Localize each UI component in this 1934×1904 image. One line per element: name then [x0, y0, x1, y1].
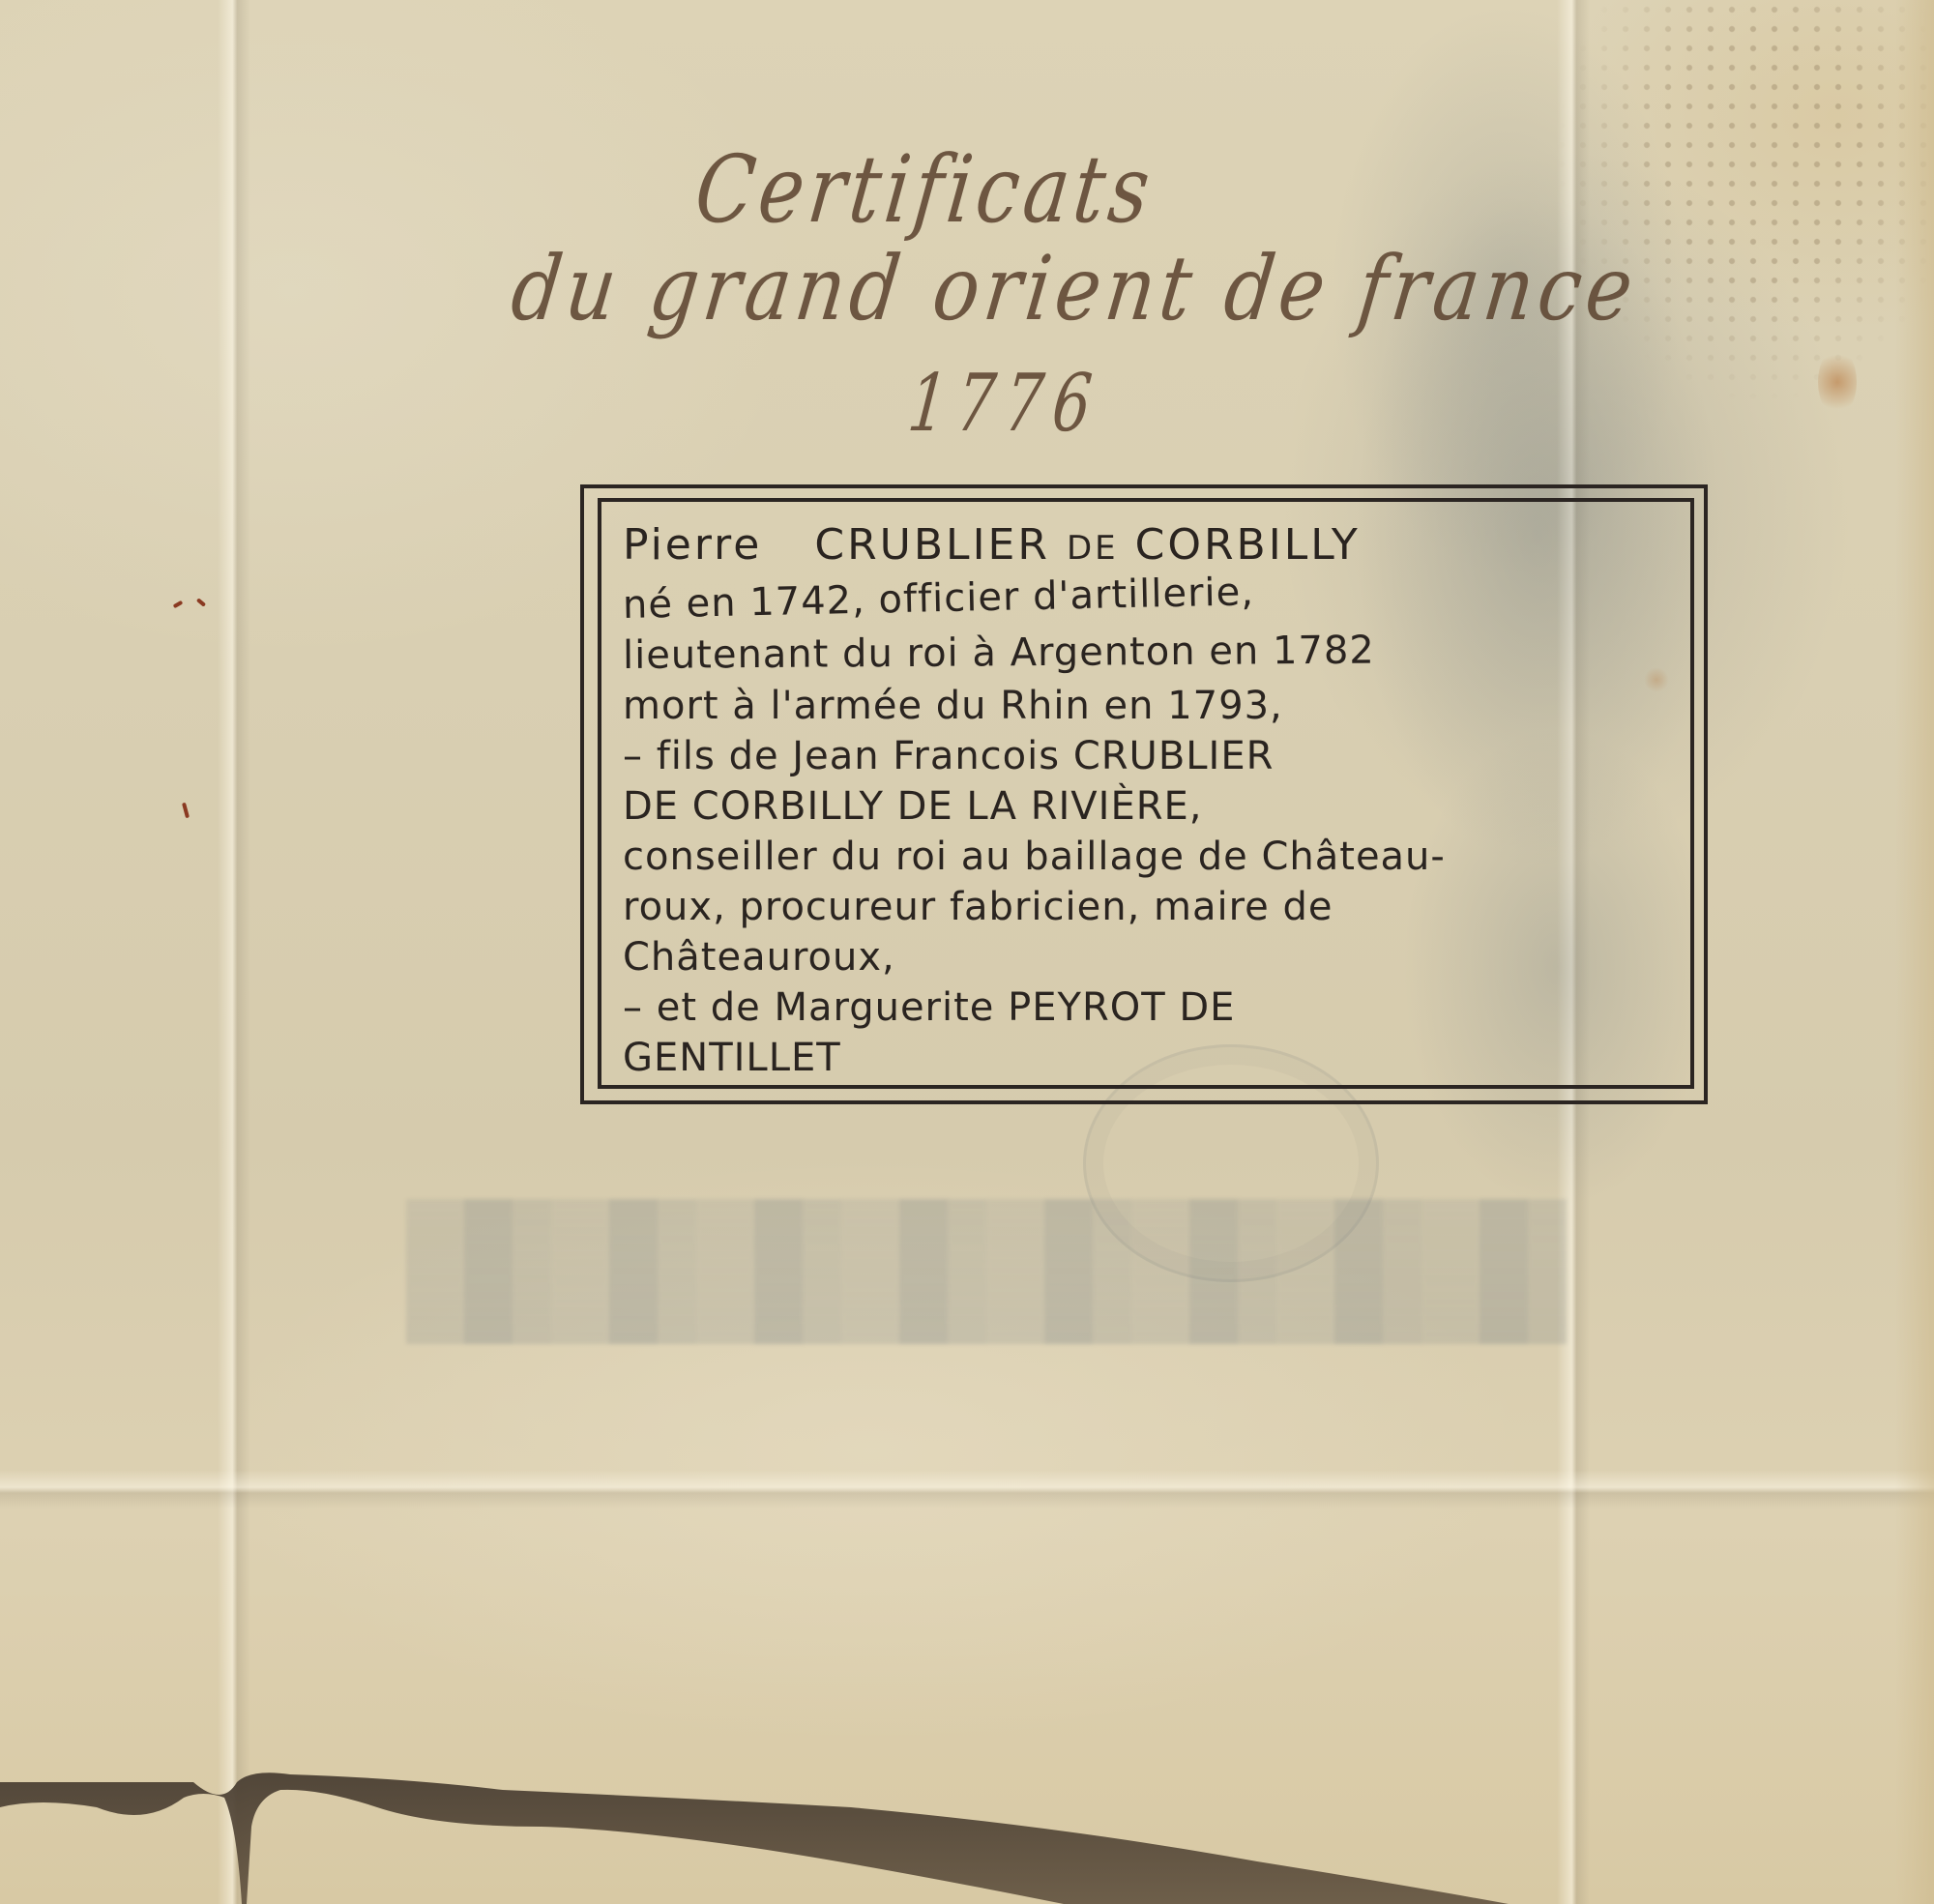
heading-year: 1776 [904, 358, 1106, 450]
bleedthrough-text [406, 1199, 1567, 1344]
label-line-councillor: conseiller du roi au baillage de Château… [623, 832, 1685, 882]
horizontal-fold [0, 1470, 1934, 1509]
first-name: Pierre [623, 520, 762, 570]
heading-subtitle: du grand orient de france [507, 237, 1644, 340]
handwritten-heading: Certificats du grand orient de france 17… [0, 0, 1934, 464]
heading-title: Certificats [690, 135, 1160, 244]
label-line-mother-surname: GENTILLET [623, 1033, 1685, 1083]
surname: CRUBLIER [814, 520, 1050, 570]
label-line-mother: – et de Marguerite PEYROT DE [623, 982, 1685, 1033]
label-line-death: mort à l'armée du Rhin en 1793, [623, 681, 1685, 731]
label-line-father: – fils de Jean Francois CRUBLIER [623, 731, 1685, 781]
particle: DE [1067, 529, 1119, 568]
label-line-father-surname: DE CORBILLY DE LA RIVIÈRE, [623, 781, 1685, 832]
estate-name: CORBILLY [1135, 520, 1361, 570]
biographical-label: PierreCRUBLIER DE CORBILLY né en 1742, o… [580, 484, 1708, 1104]
label-line-town: Châteauroux, [623, 932, 1685, 982]
bottom-fold-shadow [0, 1769, 1934, 1904]
label-line-lieutenant: lieutenant du roi à Argenton en 1782 [623, 623, 1685, 681]
label-line-procurator: roux, procureur fabricien, maire de [623, 882, 1685, 932]
label-text: PierreCRUBLIER DE CORBILLY né en 1742, o… [623, 513, 1685, 1083]
